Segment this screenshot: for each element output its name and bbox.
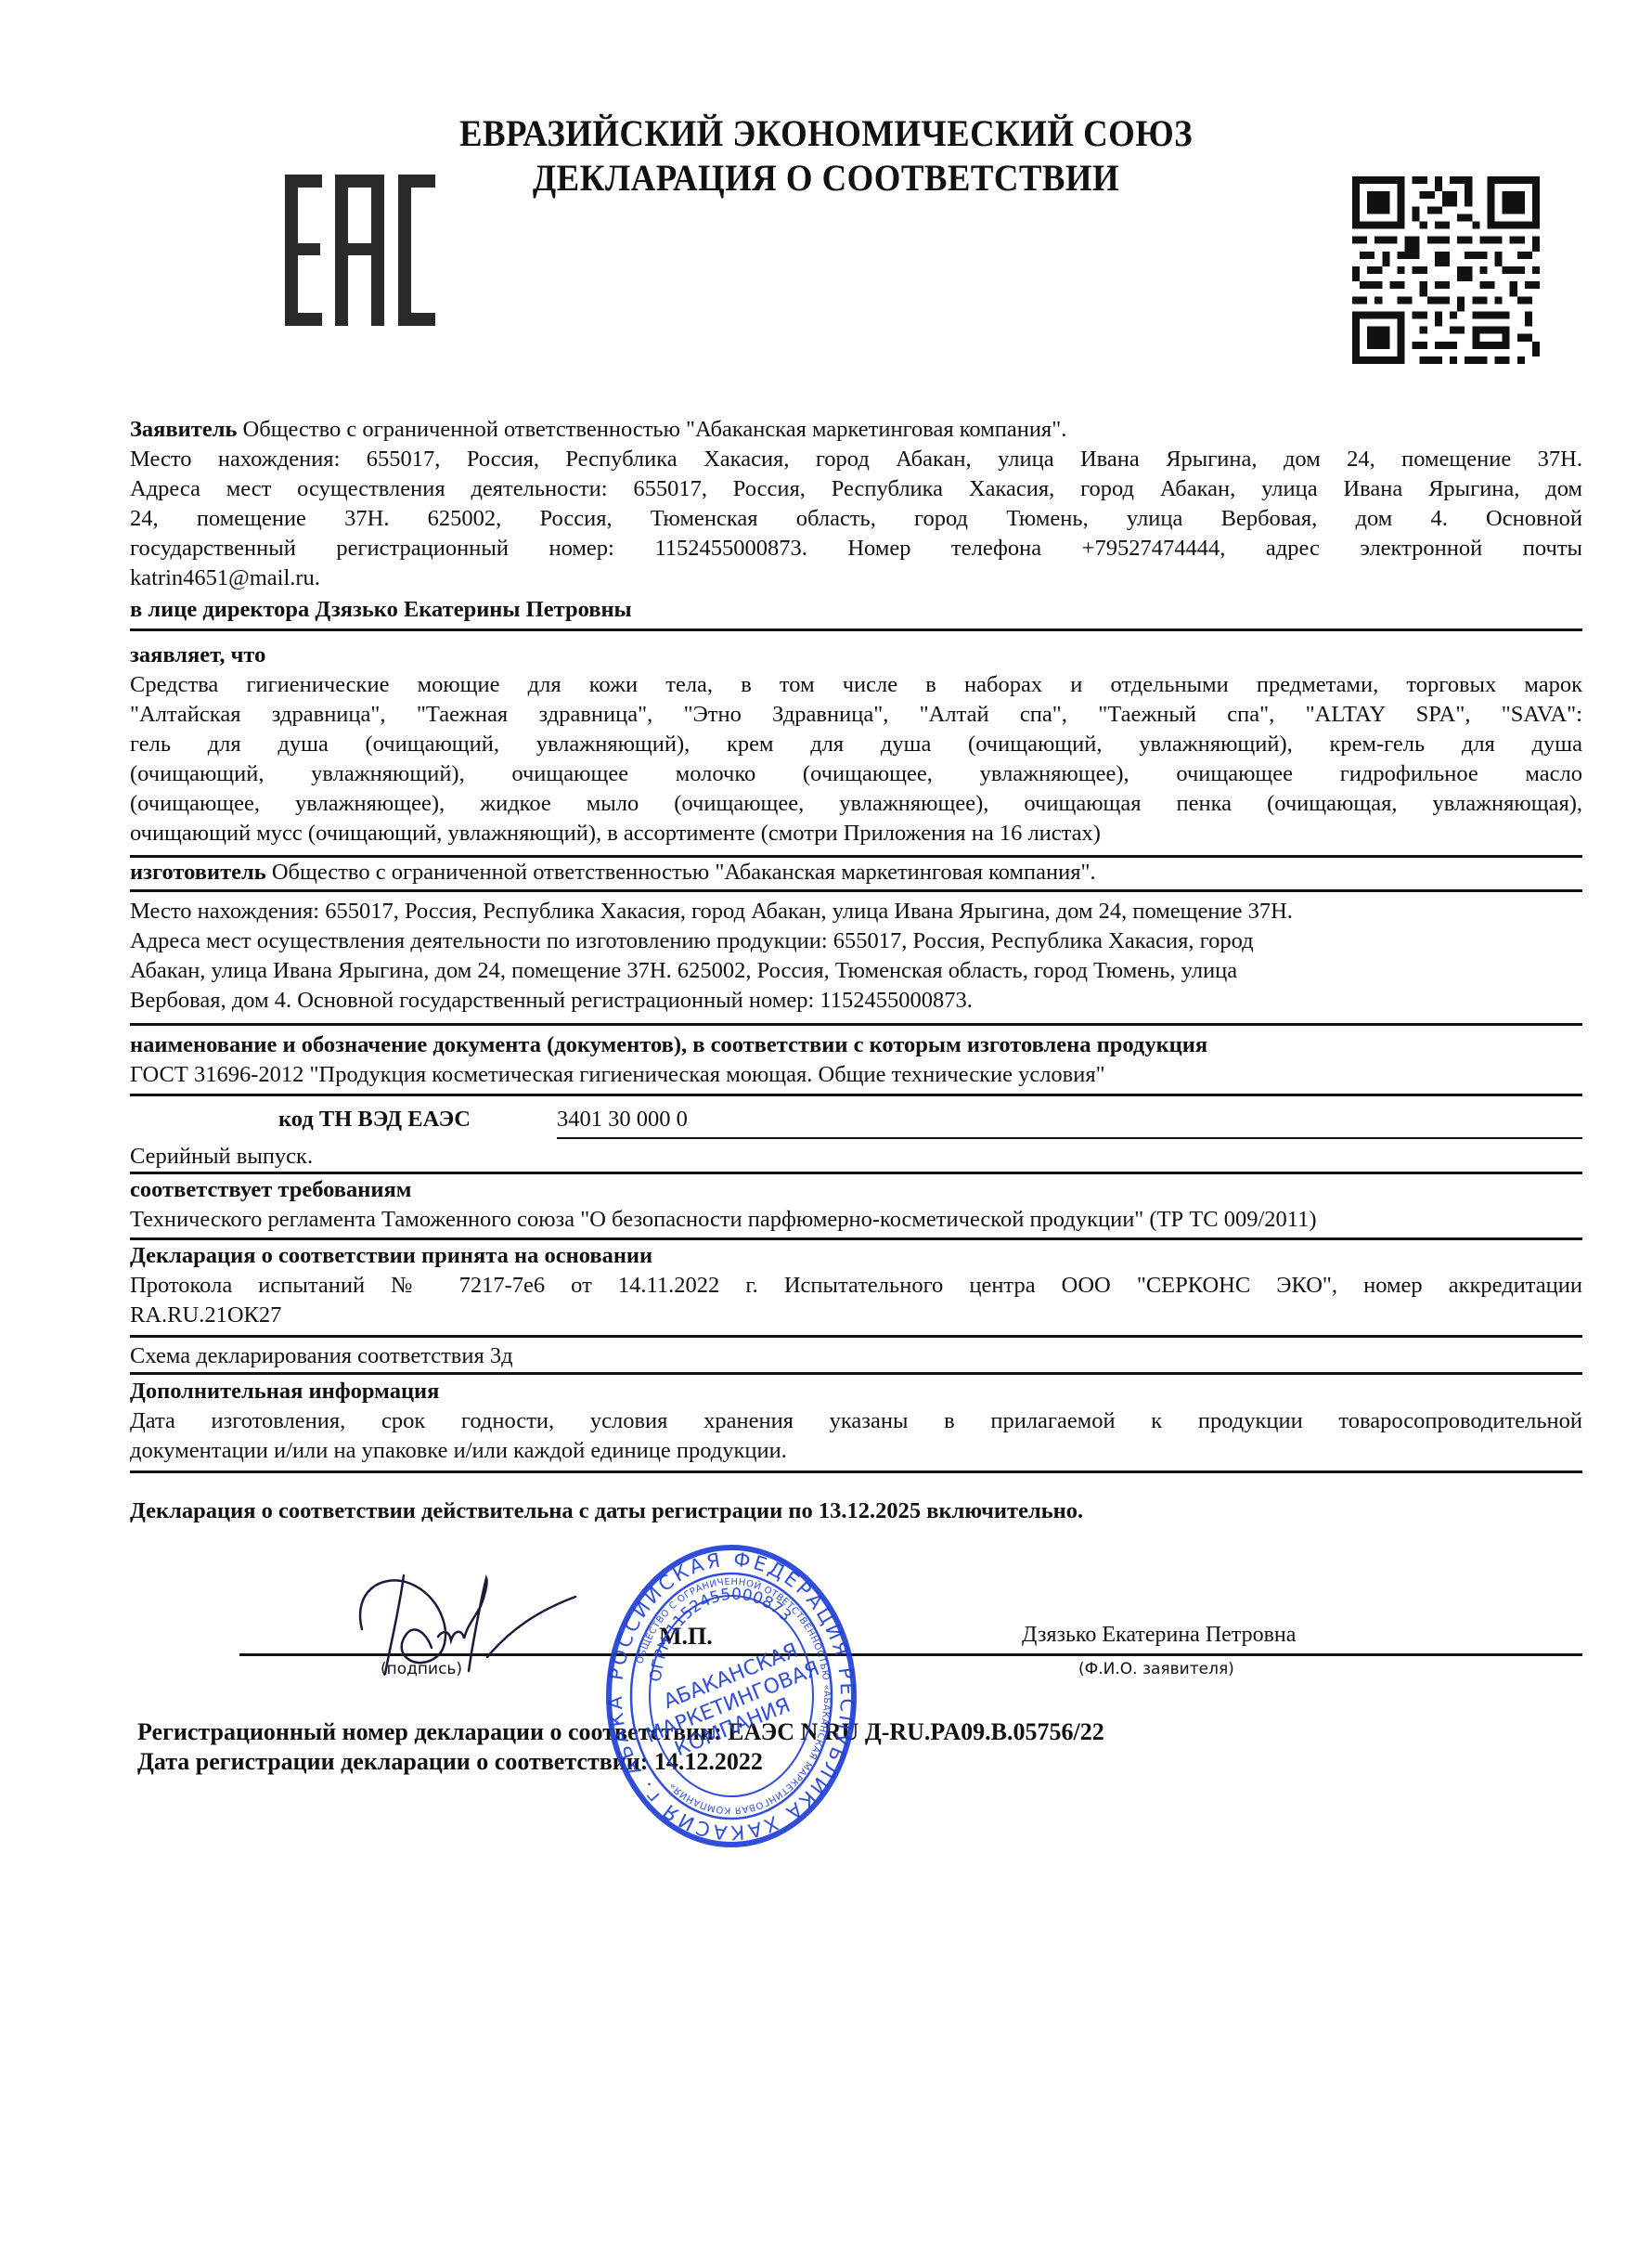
divider bbox=[130, 1372, 1582, 1375]
divider bbox=[130, 1094, 1582, 1096]
scheme-section: Схема декларирования соответствия 3д bbox=[130, 1341, 1582, 1371]
scheme-value: Схема декларирования соответствия 3д bbox=[130, 1341, 1582, 1371]
signer-name: Дзязько Екатерина Петровна bbox=[1022, 1623, 1296, 1648]
company-stamp-icon: РОССИЙСКАЯ ФЕДЕРАЦИЯ РЕСПУБЛИКА ХАКАСИЯ … bbox=[605, 1543, 858, 1849]
additional-line: документации и/или на упаковке и/или каж… bbox=[130, 1436, 1582, 1466]
applicant-representative: в лице директора Дзязько Екатерины Петро… bbox=[130, 595, 1582, 625]
tn-ved-label: код ТН ВЭД ЕАЭС bbox=[278, 1105, 471, 1134]
release-value: Серийный выпуск. bbox=[130, 1142, 1582, 1172]
applicant-section: Заявитель Общество с ограниченной ответс… bbox=[130, 415, 1582, 625]
tn-ved-value: 3401 30 000 0 bbox=[557, 1105, 688, 1134]
product-line: "Алтайская здравница", "Таежная здравниц… bbox=[130, 700, 1582, 730]
manufacturer-section: изготовитель Общество с ограниченной отв… bbox=[130, 858, 1582, 887]
applicant-address-line: Место нахождения: 655017, Россия, Респуб… bbox=[130, 445, 1582, 474]
document-title-union: ЕВРАЗИЙСКИЙ ЭКОНОМИЧЕСКИЙ СОЮЗ bbox=[66, 111, 1586, 155]
divider bbox=[557, 1137, 1582, 1139]
signature-icon bbox=[334, 1564, 594, 1694]
product-line: Средства гигиенические моющие для кожи т… bbox=[130, 670, 1582, 700]
registration-number-line: Регистрационный номер декларации о соотв… bbox=[137, 1717, 1590, 1747]
divider bbox=[130, 628, 1582, 631]
divider bbox=[130, 1237, 1582, 1240]
standard-section: наименование и обозначение документа (до… bbox=[130, 1030, 1582, 1090]
divider bbox=[130, 1023, 1582, 1026]
basis-accreditation: RA.RU.21ОК27 bbox=[130, 1301, 1582, 1330]
divider bbox=[130, 1470, 1582, 1473]
registration-date-line: Дата регистрации декларации о соответств… bbox=[137, 1747, 1590, 1777]
manufacturer-address-line: Место нахождения: 655017, Россия, Респуб… bbox=[130, 897, 1582, 926]
manufacturer-address-line: Адреса мест осуществления деятельности п… bbox=[130, 926, 1582, 956]
product-line: гель для душа (очищающий, увлажняющий), … bbox=[130, 730, 1582, 759]
requirements-value: Технического регламента Таможенного союз… bbox=[130, 1205, 1582, 1235]
applicant-address-line: 24, помещение 37Н. 625002, Россия, Тюмен… bbox=[130, 504, 1582, 534]
manufacturer-address-line: Абакан, улица Ивана Ярыгина, дом 24, пом… bbox=[130, 956, 1582, 986]
basis-label: Декларация о соответствии принята на осн… bbox=[130, 1241, 1582, 1271]
manufacturer-address: Место нахождения: 655017, Россия, Респуб… bbox=[130, 897, 1582, 1016]
manufacturer-address-line: Вербовая, дом 4. Основной государственны… bbox=[130, 986, 1582, 1016]
release-section: Серийный выпуск. bbox=[130, 1142, 1582, 1172]
product-line: (очищающее, увлажняющее), жидкое мыло (о… bbox=[130, 789, 1582, 819]
divider bbox=[130, 889, 1582, 892]
product-line: (очищающий, увлажняющий), очищающее моло… bbox=[130, 759, 1582, 789]
additional-line: Дата изготовления, срок годности, услови… bbox=[130, 1406, 1582, 1436]
applicant-address-line: государственный регистрационный номер: 1… bbox=[130, 534, 1582, 563]
signature-caption: (подпись) bbox=[381, 1660, 462, 1678]
divider bbox=[130, 1172, 1582, 1174]
applicant-line: Заявитель Общество с ограниченной ответс… bbox=[130, 415, 1582, 445]
qr-code-icon[interactable] bbox=[1351, 176, 1541, 364]
product-line: очищающий мусс (очищающий, увлажняющий),… bbox=[130, 819, 1582, 848]
additional-label: Дополнительная информация bbox=[130, 1377, 1582, 1406]
requirements-label: соответствует требованиям bbox=[130, 1175, 1582, 1205]
registration-section: Регистрационный номер декларации о соотв… bbox=[137, 1717, 1590, 1777]
basis-section: Декларация о соответствии принята на осн… bbox=[130, 1241, 1582, 1330]
manufacturer-name: Общество с ограниченной ответственностью… bbox=[272, 860, 1096, 885]
applicant-label: Заявитель bbox=[130, 417, 237, 442]
applicant-address-line: Адреса мест осуществления деятельности: … bbox=[130, 474, 1582, 504]
applicant-email: katrin4651@mail.ru. bbox=[130, 563, 1582, 593]
declares-section: заявляет, что Средства гигиенические мою… bbox=[130, 641, 1582, 848]
additional-section: Дополнительная информация Дата изготовле… bbox=[130, 1377, 1582, 1466]
signer-caption: (Ф.И.О. заявителя) bbox=[1078, 1660, 1234, 1678]
manufacturer-label: изготовитель bbox=[130, 860, 266, 885]
eac-logo-icon bbox=[283, 173, 437, 328]
validity-section: Декларация о соответствии действительна … bbox=[130, 1496, 1582, 1526]
standard-label: наименование и обозначение документа (до… bbox=[130, 1030, 1582, 1060]
manufacturer-line: изготовитель Общество с ограниченной отв… bbox=[130, 858, 1582, 887]
basis-line: Протокола испытаний № 7217-7е6 от 14.11.… bbox=[130, 1271, 1582, 1301]
standard-value: ГОСТ 31696-2012 "Продукция косметическая… bbox=[130, 1060, 1582, 1090]
requirements-section: соответствует требованиям Технического р… bbox=[130, 1175, 1582, 1235]
divider bbox=[130, 1335, 1582, 1338]
validity-statement: Декларация о соответствии действительна … bbox=[130, 1496, 1582, 1526]
applicant-name: Общество с ограниченной ответственностью… bbox=[243, 417, 1067, 442]
registration-date-label: Дата регистрации декларации о соответств… bbox=[137, 1748, 648, 1775]
declares-label: заявляет, что bbox=[130, 641, 1582, 670]
